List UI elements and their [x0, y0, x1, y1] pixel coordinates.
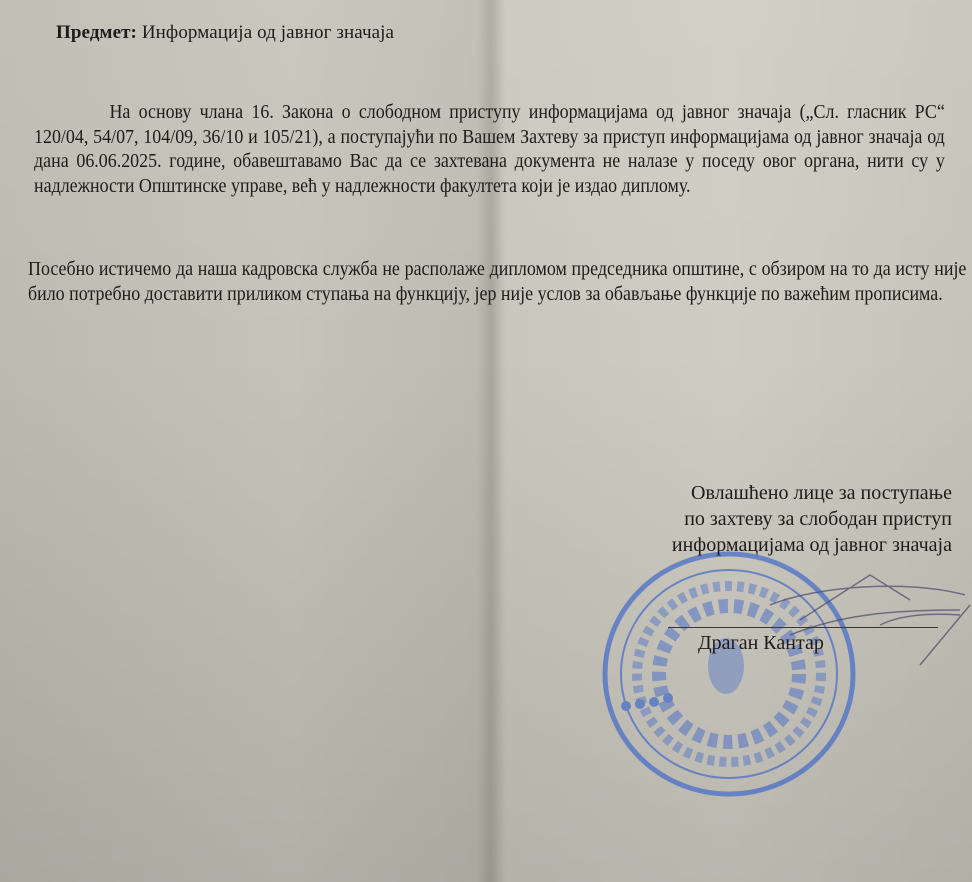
- signature-rule: [668, 627, 938, 628]
- signature-line-1: Овлашћено лице за поступање: [672, 480, 952, 506]
- signature-line-2: по захтеву за слободан приступ: [672, 506, 952, 532]
- handwritten-signature: [760, 565, 972, 675]
- subject-label: Предмет:: [56, 22, 137, 43]
- signer-name: Драган Кантар: [698, 632, 824, 655]
- subject-text: Информација од јавног значаја: [137, 22, 394, 43]
- signature-line-3: информацијама од јавног значаја: [672, 532, 952, 558]
- subject-line: Предмет: Информација од јавног значаја: [56, 22, 394, 44]
- signature-block: Овлашћено лице за поступање по захтеву з…: [672, 480, 952, 558]
- body-paragraph-2: Посебно истичемо да наша кадровска служб…: [28, 258, 966, 307]
- body-paragraph-1: На основу члана 16. Закона о слободном п…: [34, 101, 945, 199]
